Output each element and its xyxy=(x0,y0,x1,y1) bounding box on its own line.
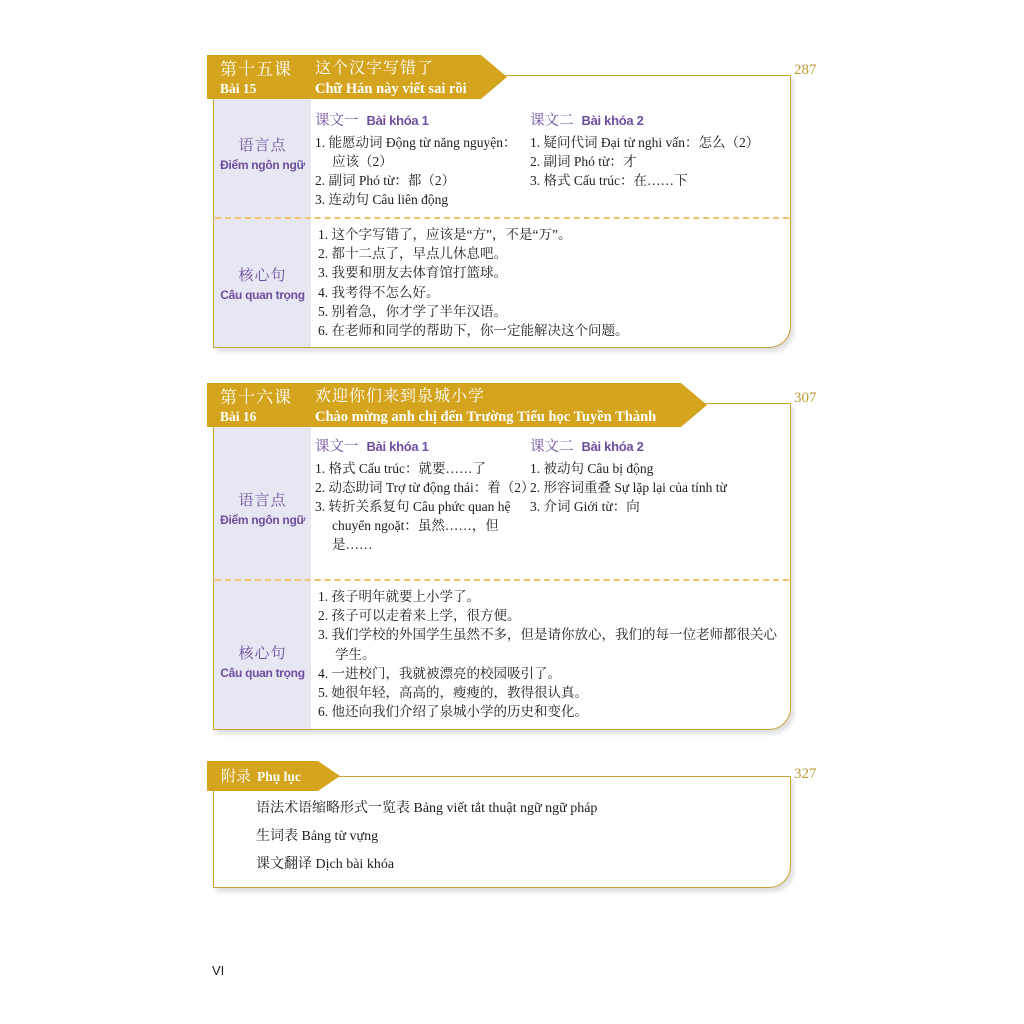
list-item: 3. 格式 Cấu trúc：在……下 xyxy=(530,171,787,190)
list-item: 生词表 Bảng từ vựng xyxy=(256,823,597,851)
language-points-label-zh: 语言点 xyxy=(214,489,311,510)
list-item: 1. 被动句 Câu bị động xyxy=(530,459,787,478)
appendix-banner: 附录Phụ lục xyxy=(207,761,340,791)
text1-header: 课文一 Bài khóa 1 xyxy=(315,109,528,130)
page-number-lesson-16: 307 xyxy=(794,390,817,407)
text2-header-vi: Bài khóa 2 xyxy=(582,439,644,454)
core-sentence: 5. 别着急，你才学了半年汉语。 xyxy=(318,302,784,321)
lesson-title-vi: Chào mừng anh chị đến Trường Tiểu học Tu… xyxy=(315,409,673,426)
lesson-16-banner: 第十六课 欢迎你们来到泉城小学 Bài 16 Chào mừng anh chị… xyxy=(207,383,707,427)
core-sentence: 2. 孩子可以走着来上学，很方便。 xyxy=(318,606,784,625)
core-sentences-label: 核心句 Câu quan trọng xyxy=(214,264,311,302)
text2-header-vi: Bài khóa 2 xyxy=(582,113,644,128)
core-sentences-section: 1. 这个字写错了，应该是“方”，不是“万”。 2. 都十二点了，早点儿休息吧。… xyxy=(318,225,784,340)
toc-page: 第十五课 这个汉字写错了 Bài 15 Chữ Hán này viết sai… xyxy=(0,0,1024,1024)
list-item: 2. 形容词重叠 Sự lặp lại của tính từ xyxy=(530,478,787,497)
appendix-label-vi: Phụ lục xyxy=(257,769,301,784)
core-sentence: 1. 这个字写错了，应该是“方”，不是“万”。 xyxy=(318,225,784,244)
text2-column: 课文二 Bài khóa 2 1. 疑问代词 Đại từ nghi vấn：怎… xyxy=(530,109,787,209)
language-points-section: 课文一 Bài khóa 1 1. 能愿动词 Động từ năng nguy… xyxy=(315,109,787,209)
section-divider xyxy=(215,217,789,219)
lesson-15-banner: 第十五课 这个汉字写错了 Bài 15 Chữ Hán này viết sai… xyxy=(207,55,507,99)
text2-header-zh: 课文二 xyxy=(530,113,574,129)
core-sentences-label-zh: 核心句 xyxy=(214,264,311,285)
language-points-label-zh: 语言点 xyxy=(214,134,311,155)
lesson-number-zh: 第十六课 xyxy=(220,383,315,408)
appendix-box: 语法术语缩略形式一览表 Bảng viết tắt thuật ngữ ngữ … xyxy=(213,776,791,888)
language-points-label-vi: Điểm ngôn ngữ xyxy=(214,513,311,527)
text2-header-zh: 课文二 xyxy=(530,439,574,455)
list-item: 2. 副词 Phó từ：才 xyxy=(530,152,787,171)
core-sentences-label: 核心句 Câu quan trọng xyxy=(214,642,311,680)
list-item: 2. 动态助词 Trợ từ động thái：着（2） xyxy=(315,478,528,497)
core-sentence: 3. 我们学校的外国学生虽然不多，但是请你放心，我们的每一位老师都很关心学生。 xyxy=(318,625,784,663)
lesson-16-sidebar xyxy=(214,427,311,729)
core-sentence: 6. 他还向我们介绍了泉城小学的历史和变化。 xyxy=(318,702,784,721)
lesson-number-zh: 第十五课 xyxy=(220,55,315,80)
text1-column: 课文一 Bài khóa 1 1. 格式 Cấu trúc：就要……了 2. 动… xyxy=(315,435,528,554)
core-sentences-label-vi: Câu quan trọng xyxy=(214,288,311,302)
lesson-title-zh: 这个汉字写错了 xyxy=(315,55,473,80)
core-sentence: 5. 她很年轻，高高的，瘦瘦的，教得很认真。 xyxy=(318,683,784,702)
language-points-label: 语言点 Điểm ngôn ngữ xyxy=(214,489,311,527)
core-sentences-section: 1. 孩子明年就要上小学了。 2. 孩子可以走着来上学，很方便。 3. 我们学校… xyxy=(318,587,784,721)
list-item: 3. 连动句 Câu liên động xyxy=(315,190,528,209)
text2-column: 课文二 Bài khóa 2 1. 被动句 Câu bị động 2. 形容词… xyxy=(530,435,787,554)
core-sentence: 6. 在老师和同学的帮助下，你一定能解决这个问题。 xyxy=(318,321,784,340)
page-number-appendix: 327 xyxy=(794,766,817,783)
appendix-list: 语法术语缩略形式一览表 Bảng viết tắt thuật ngữ ngữ … xyxy=(256,795,597,879)
core-sentences-label-zh: 核心句 xyxy=(214,642,311,663)
list-item: 1. 格式 Cấu trúc：就要……了 xyxy=(315,459,528,478)
list-item: 3. 转折关系复句 Câu phức quan hệ chuyển ngoặt：… xyxy=(315,497,528,554)
lesson-15-box: 语言点 Điểm ngôn ngữ 核心句 Câu quan trọng 课文一… xyxy=(213,75,791,348)
list-item: 3. 介词 Giới từ：向 xyxy=(530,497,787,516)
text1-header: 课文一 Bài khóa 1 xyxy=(315,435,528,456)
text1-header-zh: 课文一 xyxy=(315,113,359,129)
language-points-label-vi: Điểm ngôn ngữ xyxy=(214,158,311,172)
text2-header: 课文二 Bài khóa 2 xyxy=(530,435,787,456)
core-sentence: 4. 我考得不怎么好。 xyxy=(318,283,784,302)
lesson-number-vi: Bài 16 xyxy=(220,409,315,426)
language-points-section: 课文一 Bài khóa 1 1. 格式 Cấu trúc：就要……了 2. 动… xyxy=(315,435,787,554)
list-item: 语法术语缩略形式一览表 Bảng viết tắt thuật ngữ ngữ … xyxy=(256,795,597,823)
text1-header-zh: 课文一 xyxy=(315,439,359,455)
lesson-title-vi: Chữ Hán này viết sai rồi xyxy=(315,81,473,98)
lesson-title-zh: 欢迎你们来到泉城小学 xyxy=(315,383,673,408)
list-item: 课文翻译 Dịch bài khóa xyxy=(256,851,597,879)
page-number-lesson-15: 287 xyxy=(794,62,817,79)
list-item: 2. 副词 Phó từ：都（2） xyxy=(315,171,528,190)
text1-column: 课文一 Bài khóa 1 1. 能愿动词 Động từ năng nguy… xyxy=(315,109,528,209)
list-item: 1. 能愿动词 Động từ năng nguyện：应该（2） xyxy=(315,133,528,171)
text1-header-vi: Bài khóa 1 xyxy=(367,113,429,128)
text1-header-vi: Bài khóa 1 xyxy=(367,439,429,454)
core-sentence: 1. 孩子明年就要上小学了。 xyxy=(318,587,784,606)
core-sentence: 2. 都十二点了，早点儿休息吧。 xyxy=(318,244,784,263)
core-sentences-label-vi: Câu quan trọng xyxy=(214,666,311,680)
lesson-16-box: 语言点 Điểm ngôn ngữ 核心句 Câu quan trọng 课文一… xyxy=(213,403,791,730)
language-points-label: 语言点 Điểm ngôn ngữ xyxy=(214,134,311,172)
core-sentence: 4. 一进校门，我就被漂亮的校园吸引了。 xyxy=(318,664,784,683)
appendix-banner-text: 附录Phụ lục xyxy=(221,765,310,786)
core-sentence: 3. 我要和朋友去体育馆打篮球。 xyxy=(318,263,784,282)
appendix-label-zh: 附录 xyxy=(221,769,251,785)
text2-header: 课文二 Bài khóa 2 xyxy=(530,109,787,130)
footer-page-number: VI xyxy=(212,963,224,978)
list-item: 1. 疑问代词 Đại từ nghi vấn：怎么（2） xyxy=(530,133,787,152)
lesson-number-vi: Bài 15 xyxy=(220,81,315,98)
section-divider xyxy=(215,579,789,581)
